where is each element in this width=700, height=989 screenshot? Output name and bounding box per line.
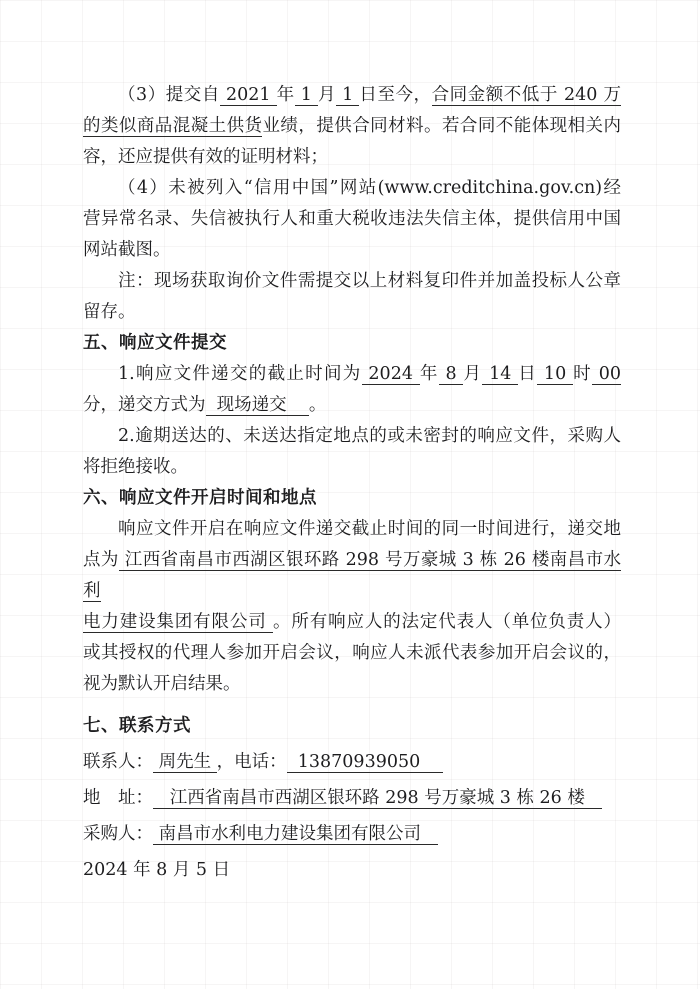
filled-blank: 2021: [220, 85, 277, 106]
contact-address-line: 地 址： 江西省南昌市西湖区银环路 298 号万豪城 3 栋 26 楼: [83, 783, 621, 814]
section-6-line-2: 点为 江西省南昌市西湖区银环路 298 号万豪城 3 栋 26 楼南昌市水利: [83, 545, 621, 607]
section-5-heading: 五、响应文件提交: [83, 328, 621, 359]
section-6-line-3: 电力建设集团有限公司 。所有响应人的法定代表人（单位负责人）: [83, 607, 621, 638]
filled-blank: 1: [336, 85, 359, 106]
clause-4-line-2: 营异常名录、失信被执行人和重大税收违法失信主体，提供信用中国: [83, 204, 621, 235]
filled-blank: 现场递交: [206, 395, 309, 416]
document-page: （3）提交自 2021 年 1 月 1 日至今，合同金额不低于 240 万的类似…: [0, 0, 700, 989]
text-segment: 日: [518, 364, 537, 384]
text-segment: 联系人：: [83, 752, 153, 772]
text-segment: 2.逾期送达的、未送达指定地点的或未密封的响应文件，采购人: [118, 426, 621, 446]
filled-blank: 00: [592, 364, 621, 385]
text-segment: 日至今，: [359, 85, 431, 105]
clause-3-line-1: （3）提交自 2021 年 1 月 1 日至今，合同金额不低于 240 万: [83, 80, 621, 111]
text-segment: 网站截图。: [83, 240, 171, 260]
text-segment: 地 址：: [83, 788, 153, 808]
text-segment: 年: [277, 85, 295, 105]
filled-blank: 8: [439, 364, 464, 385]
text-segment: 时: [573, 364, 592, 384]
text-segment: 五、响应文件提交: [83, 333, 227, 353]
text-segment: 采购人：: [83, 824, 153, 844]
text-segment: 年: [420, 364, 439, 384]
filled-blank: 周先生: [153, 752, 217, 773]
text-segment: 注：现场获取询价文件需提交以上材料复印件并加盖投标人公章: [118, 271, 621, 291]
text-segment: 六、响应文件开启时间和地点: [83, 488, 317, 508]
text-segment: （3）提交自: [118, 85, 220, 105]
section-5-item-2-line-2: 将拒绝接收。: [83, 452, 621, 483]
contact-purchaser-line: 采购人： 南昌市水利电力建设集团有限公司: [83, 819, 621, 850]
filled-blank: 1: [295, 85, 318, 106]
text-segment: 留存。: [83, 302, 136, 322]
text-segment: 七、联系方式: [83, 716, 191, 736]
clause-4-line-3: 网站截图。: [83, 235, 621, 266]
text-segment: 营异常名录、失信被执行人和重大税收违法失信主体，提供信用中国: [83, 209, 621, 229]
text-segment: 月: [318, 85, 336, 105]
section-5-item-1-line-2: 分，递交方式为 现场递交 。: [83, 390, 621, 421]
filled-blank: 电力建设集团有限公司: [83, 612, 273, 633]
text-segment: 点为: [83, 550, 119, 570]
filled-blank: 江西省南昌市西湖区银环路 298 号万豪城 3 栋 26 楼: [153, 788, 602, 809]
filled-blank: 合同金额不低于 240 万: [432, 85, 621, 106]
text-segment: 容，还应提供有效的证明材料；: [83, 147, 328, 167]
contact-person-line: 联系人： 周先生 ，电话： 13870939050: [83, 747, 621, 778]
note-line-1: 注：现场获取询价文件需提交以上材料复印件并加盖投标人公章: [83, 266, 621, 297]
text-segment: （4）未被列入“信用中国”网站(www.creditchina.gov.cn)经: [118, 178, 621, 198]
section-6-line-4: 或其授权的代理人参加开启会议，响应人未派代表参加开启会议的，: [83, 638, 621, 669]
text-segment: 。所有响应人的法定代表人（单位负责人）: [273, 612, 621, 632]
section-6-line-5: 视为默认开启结果。: [83, 669, 621, 700]
text-segment: 月: [463, 364, 482, 384]
filled-blank: 江西省南昌市西湖区银环路 298 号万豪城 3 栋 26 楼南昌市水利: [83, 550, 621, 602]
section-6-heading: 六、响应文件开启时间和地点: [83, 483, 621, 514]
section-7-heading: 七、联系方式: [83, 711, 621, 742]
text-segment: 。: [309, 395, 327, 415]
date-line: 2024 年 8 月 5 日: [83, 855, 621, 886]
text-segment: 将拒绝接收。: [83, 457, 188, 477]
text-segment: 1.响应文件递交的截止时间为: [118, 364, 362, 384]
filled-blank: 13870939050: [287, 752, 443, 773]
clause-3-line-2: 的类似商品混凝土供货业绩，提供合同材料。若合同不能体现相关内: [83, 111, 621, 142]
note-line-2: 留存。: [83, 297, 621, 328]
text-segment: 2024 年 8 月 5 日: [83, 860, 230, 880]
section-5-item-1-line-1: 1.响应文件递交的截止时间为 2024 年 8 月 14 日 10 时 00: [83, 359, 621, 390]
text-segment: 分，递交方式为: [83, 395, 206, 415]
text-segment: ，电话：: [217, 752, 287, 772]
filled-blank: 南昌市水利电力建设集团有限公司: [153, 824, 438, 845]
text-segment: 视为默认开启结果。: [83, 674, 241, 694]
text-segment: 响应文件开启在响应文件递交截止时间的同一时间进行，递交地: [118, 519, 621, 539]
text-segment: 业绩，提供合同材料。若合同不能体现相关内: [262, 116, 621, 136]
section-6-line-1: 响应文件开启在响应文件递交截止时间的同一时间进行，递交地: [83, 514, 621, 545]
filled-blank: 的类似商品混凝土供货: [83, 116, 262, 137]
document-content: （3）提交自 2021 年 1 月 1 日至今，合同金额不低于 240 万的类似…: [83, 80, 621, 886]
section-5-item-2-line-1: 2.逾期送达的、未送达指定地点的或未密封的响应文件，采购人: [83, 421, 621, 452]
filled-blank: 10: [537, 364, 573, 385]
filled-blank: 14: [482, 364, 518, 385]
clause-4-line-1: （4）未被列入“信用中国”网站(www.creditchina.gov.cn)经: [83, 173, 621, 204]
text-segment: 或其授权的代理人参加开启会议，响应人未派代表参加开启会议的，: [83, 643, 621, 663]
filled-blank: 2024: [362, 364, 420, 385]
clause-3-line-3: 容，还应提供有效的证明材料；: [83, 142, 621, 173]
